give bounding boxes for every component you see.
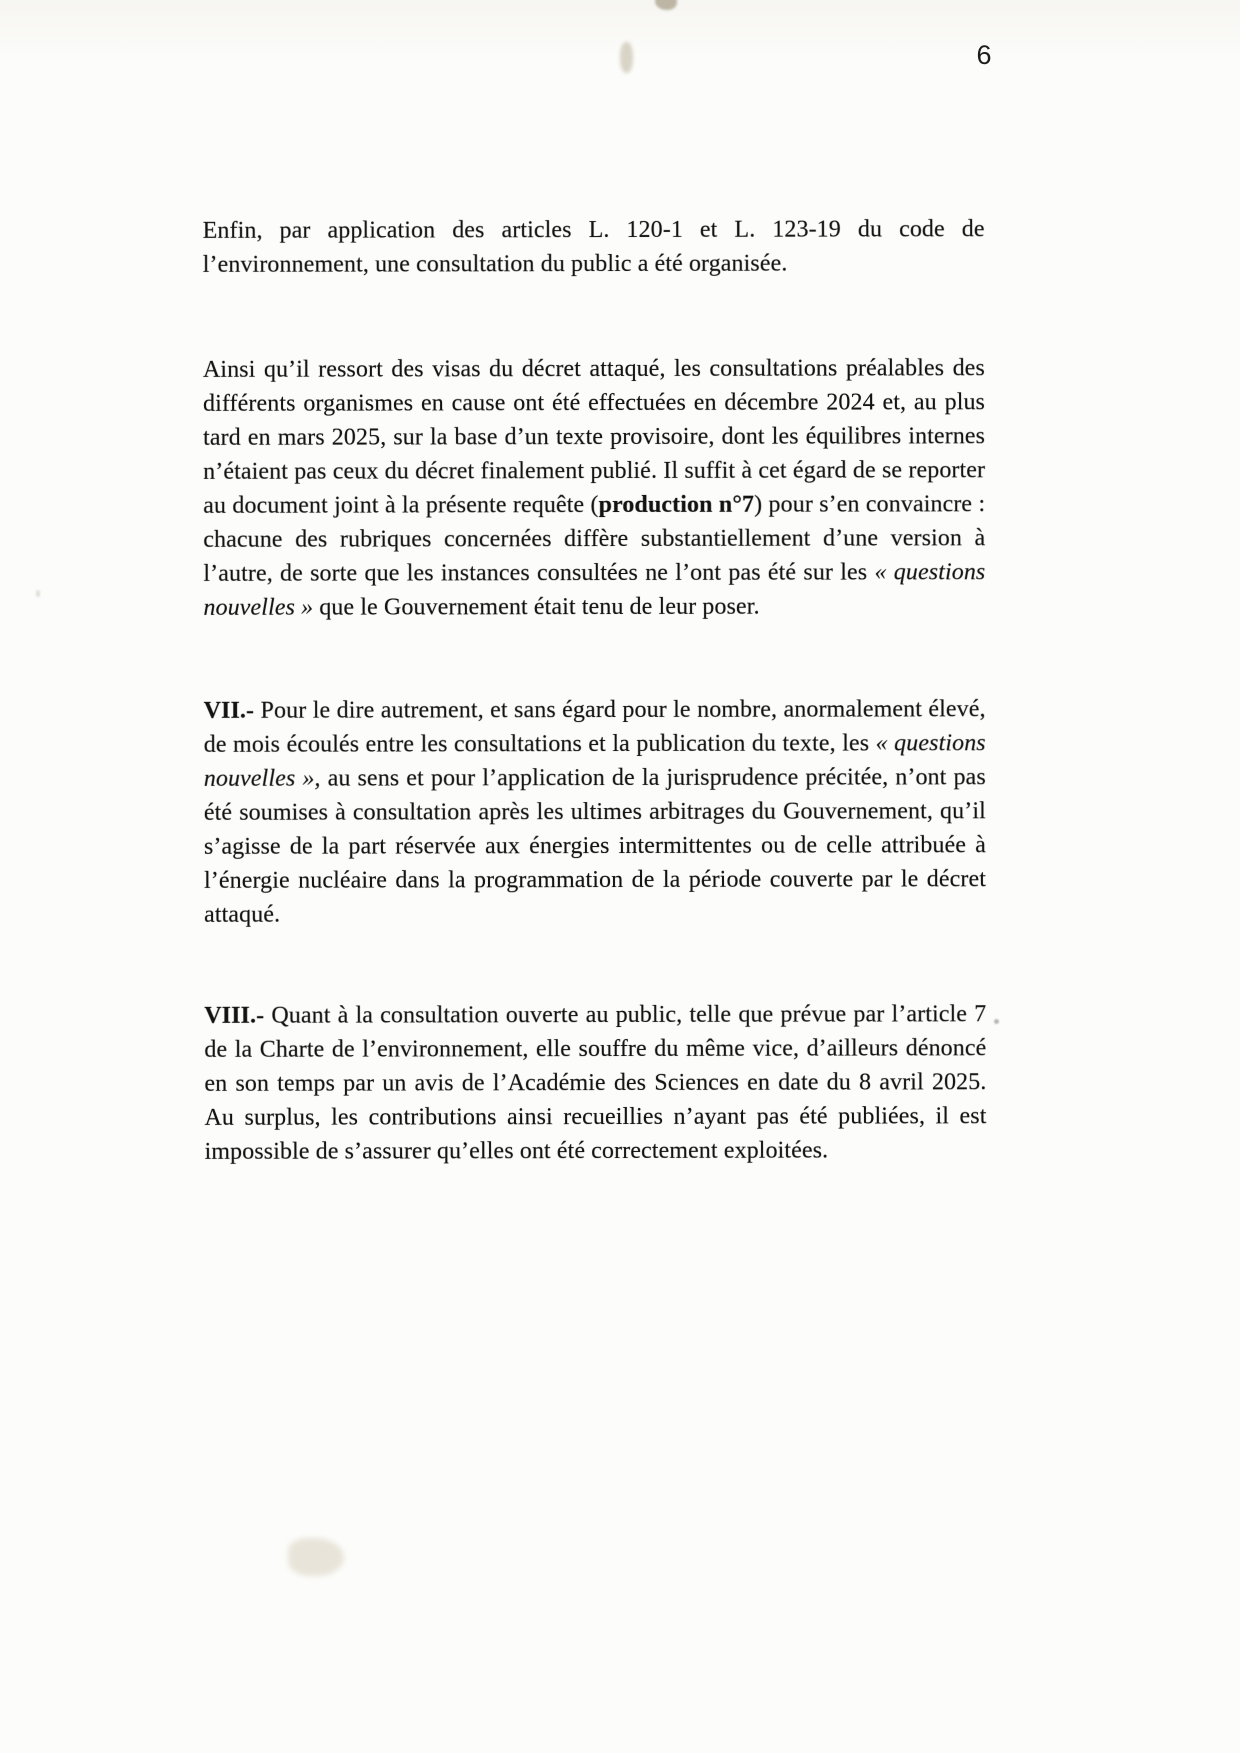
paragraph-consultations-prealables: Ainsi qu’il ressort des visas du décret … — [203, 351, 986, 625]
text-segment: VIII.- — [204, 1003, 264, 1029]
paragraph-code-environnement: Enfin, par application des articles L. 1… — [203, 212, 985, 282]
text-segment: Pour le dire autrement, et sans égard po… — [204, 696, 986, 758]
text-segment: Enfin, par application des articles L. 1… — [203, 216, 985, 278]
document-body: Enfin, par application des articles L. 1… — [0, 0, 1240, 1753]
text-segment: Quant à la consultation ouverte au publi… — [204, 1001, 986, 1165]
text-segment: au sens et pour l’application de la juri… — [204, 764, 986, 928]
scanned-document-page: 6 Enfin, par application des articles L.… — [0, 0, 1240, 1753]
paragraph-section-vii: VII.- Pour le dire autrement, et sans ég… — [204, 692, 986, 932]
text-segment: que le Gouvernement était tenu de leur p… — [313, 594, 760, 621]
text-segment: VII.- — [204, 698, 255, 724]
paragraph-section-viii: VIII.- Quant à la consultation ouverte a… — [204, 997, 986, 1169]
text-segment: production n°7 — [599, 492, 755, 518]
